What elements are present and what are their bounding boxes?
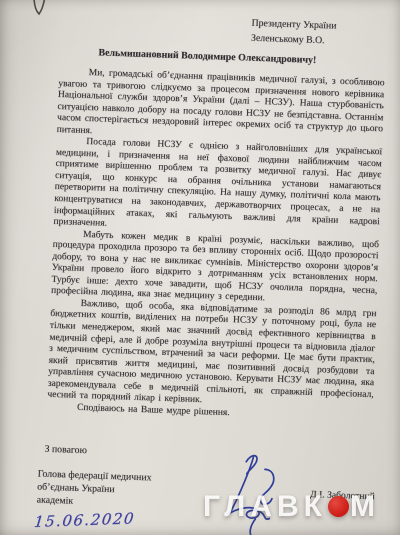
paragraph: Посада голови НСЗУ є однією з найголовні… (53, 136, 382, 240)
watermark-glavcom: ГЛАВКМ (203, 492, 380, 522)
watermark-text-left: ГЛАВК (203, 490, 327, 523)
letter-photo: Президенту УкраїниЗеленському В.О. Вельм… (0, 0, 400, 535)
regards-line: З повагою (44, 444, 87, 456)
addressee-block: Президенту УкраїниЗеленському В.О. (251, 17, 337, 49)
signer-title-line: академік (37, 493, 151, 510)
salutation: Вельмишановний Володимире Олександровичу… (7, 44, 400, 69)
paperclip-mark (26, 0, 52, 18)
addressee-line: Зеленському В.О. (251, 31, 336, 48)
signer-title: Голова федерації медичнихоб’єднань Украї… (37, 467, 152, 510)
paragraph: Мабуть кожен медик в країні розуміє, нас… (51, 229, 379, 310)
glavcom-dot-icon (328, 496, 349, 517)
watermark-text-right: М (350, 490, 380, 523)
handwritten-date: 15.06.2020 (33, 509, 136, 531)
paragraph: Важливо, щоб особа, яка відповідатиме за… (47, 298, 376, 413)
paragraph: Ми, громадські об’єднання працівників ме… (56, 67, 384, 148)
letter-content: Президенту УкраїниЗеленському В.О. Вельм… (0, 0, 400, 535)
letter-body: Ми, громадські об’єднання працівників ме… (0, 65, 400, 425)
